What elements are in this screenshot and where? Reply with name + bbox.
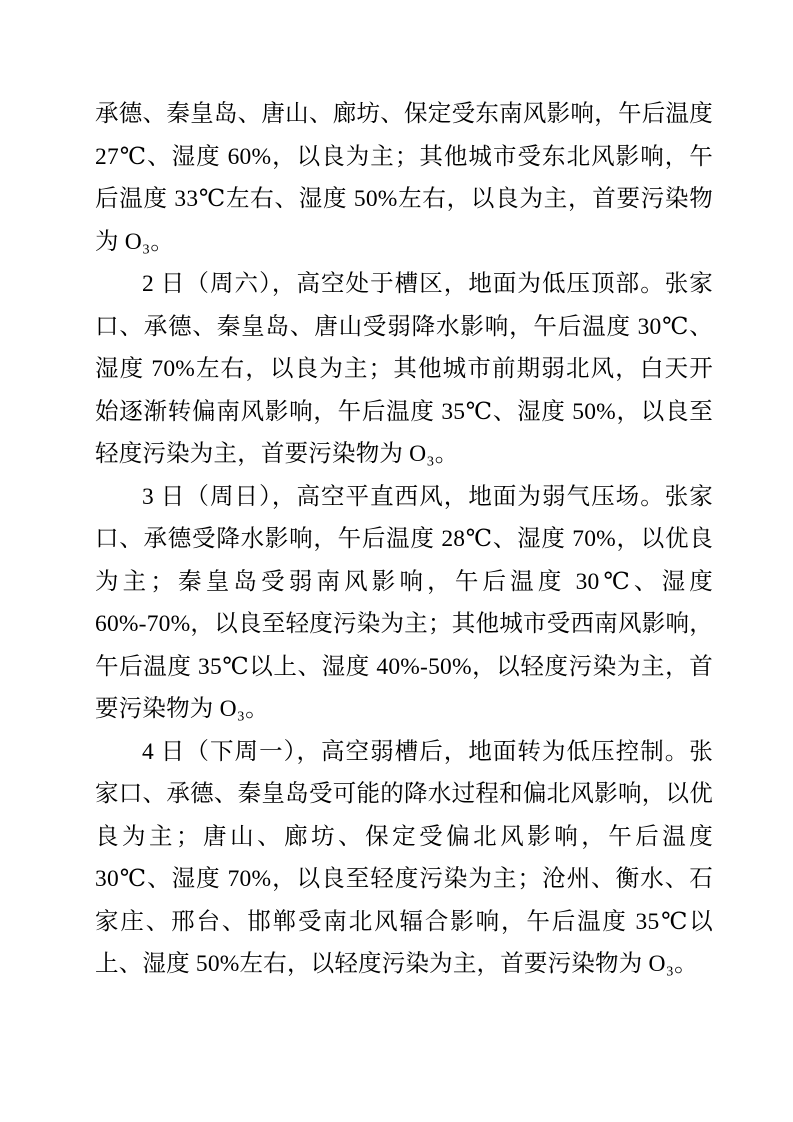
paragraph-day3-sunday: 3 日（周日），高空平直西风，地面为弱气压场。张家口、承德受降水影响，午后温度 …: [95, 476, 713, 731]
text-block: 承德、秦皇岛、唐山、廊坊、保定受东南风影响，午后温度 27℃、湿度 60%，以良…: [95, 93, 713, 986]
document-page: 承德、秦皇岛、唐山、廊坊、保定受东南风影响，午后温度 27℃、湿度 60%，以良…: [0, 0, 793, 1122]
paragraph-day2-saturday: 2 日（周六），高空处于槽区，地面为低压顶部。张家口、承德、秦皇岛、唐山受弱降水…: [95, 263, 713, 476]
paragraph-continuation: 承德、秦皇岛、唐山、廊坊、保定受东南风影响，午后温度 27℃、湿度 60%，以良…: [95, 93, 713, 263]
paragraph-day4-monday: 4 日（下周一），高空弱槽后，地面转为低压控制。张家口、承德、秦皇岛受可能的降水…: [95, 731, 713, 986]
